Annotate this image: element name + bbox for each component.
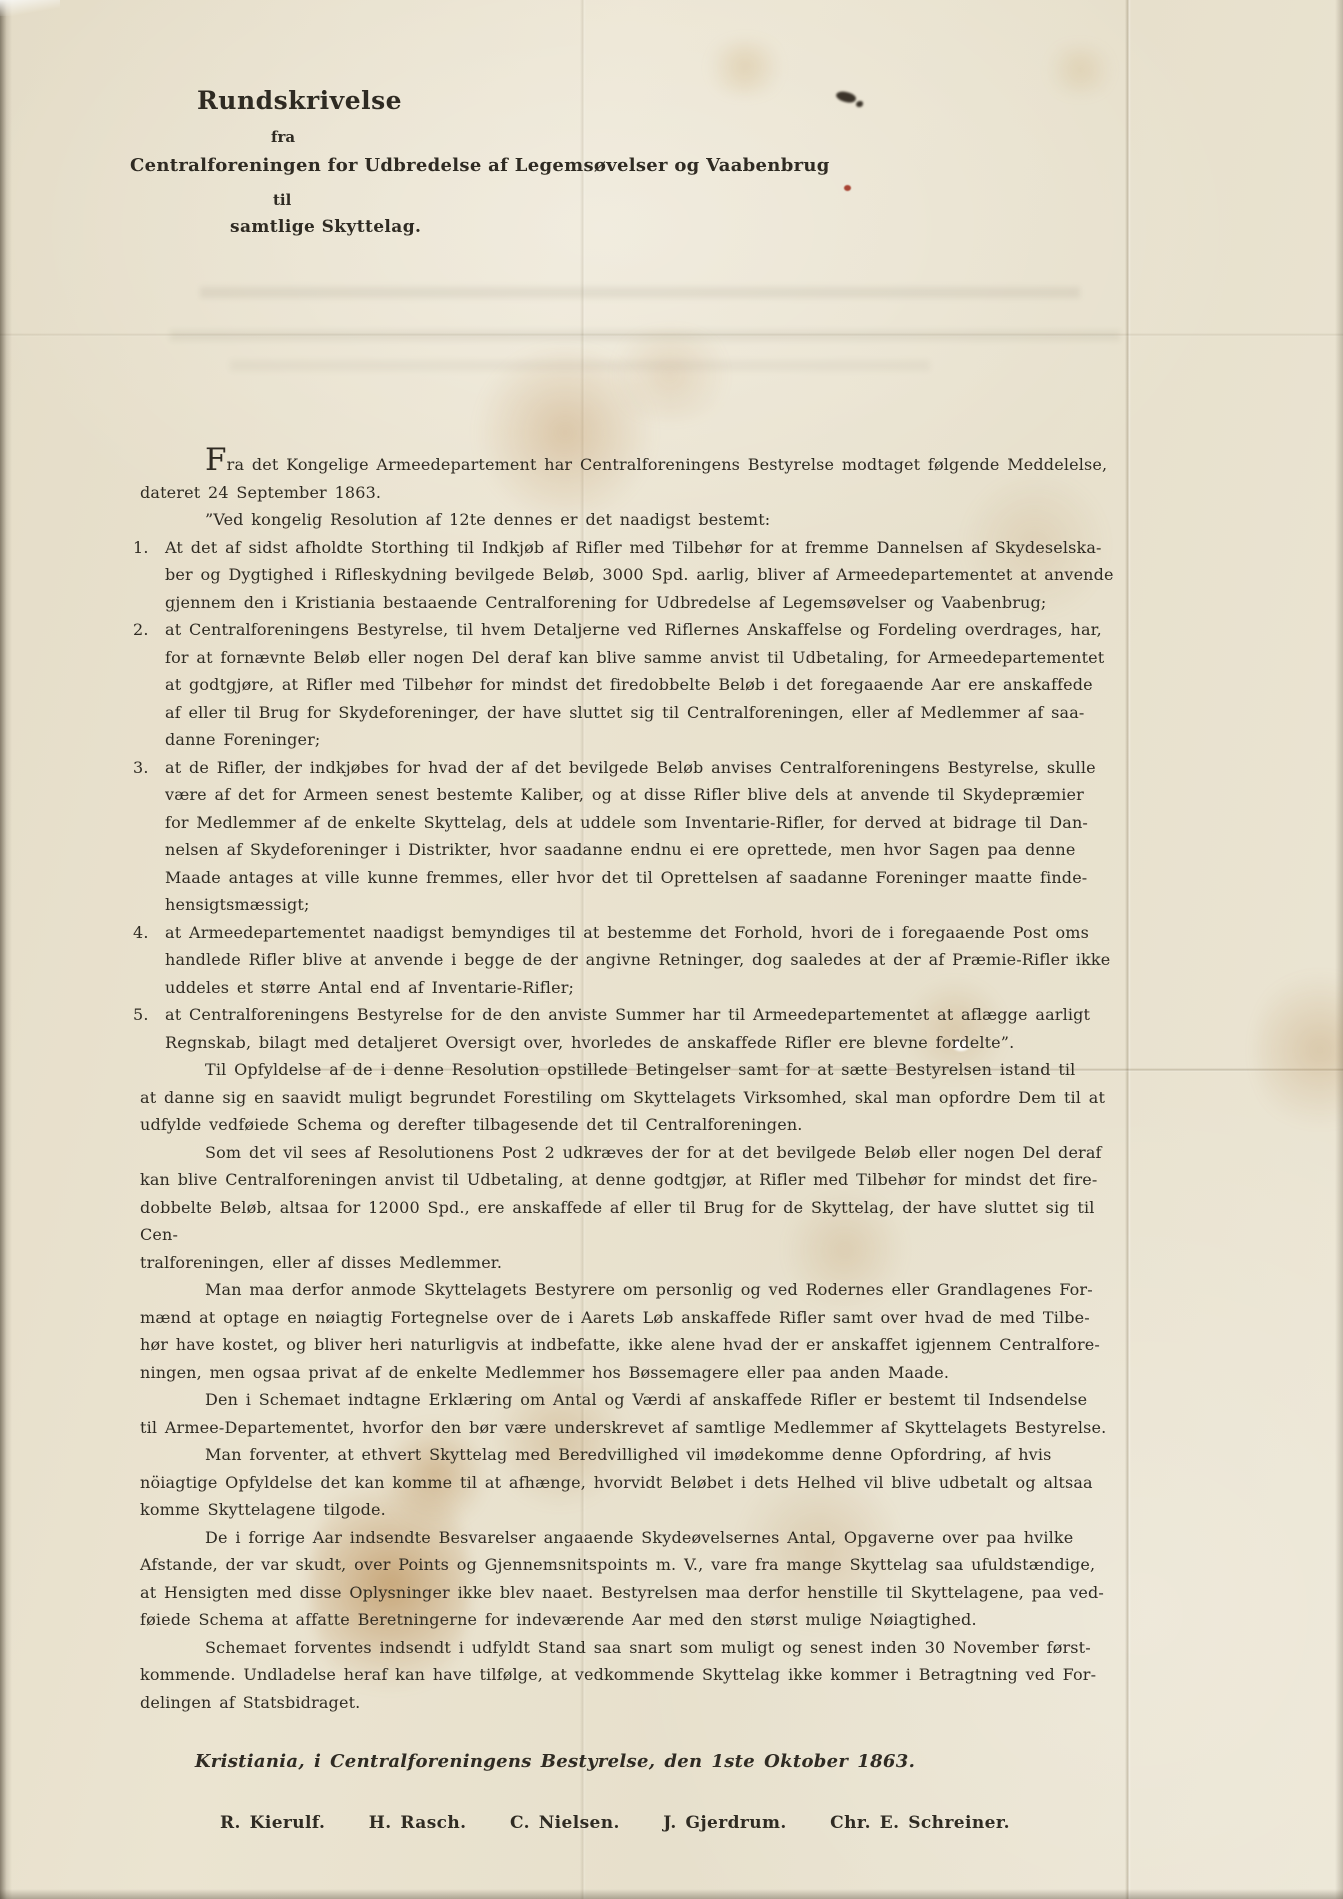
signatures-row: R. Kierulf. H. Rasch. C. Nielsen. J. Gje… bbox=[220, 1810, 1010, 1838]
item-number: 2. bbox=[133, 616, 165, 754]
paper-stain bbox=[600, 330, 740, 420]
item-text: at de Rifler, der indkjøbes for hvad der… bbox=[165, 754, 1125, 919]
document-header: Rundskrivelse fra Centralforeningen for … bbox=[0, 0, 1343, 237]
signature-4: J. Gjerdrum. bbox=[663, 1810, 786, 1838]
item-text: at Armeedepartementet naadigst bemyndige… bbox=[165, 919, 1125, 1002]
item-text: At det af sidst afholdte Storthing til I… bbox=[165, 534, 1125, 617]
signature-3: C. Nielsen. bbox=[510, 1810, 620, 1838]
body-paragraph-4: Den i Schemaet indtagne Erklæring om Ant… bbox=[140, 1386, 1125, 1441]
vertical-fold-crease bbox=[1125, 0, 1131, 1899]
recipient-line: samtlige Skyttelag. bbox=[230, 217, 1343, 237]
organization-name: Centralforeningen for Udbredelse af Lege… bbox=[130, 155, 1343, 176]
item-number: 3. bbox=[133, 754, 165, 919]
item-text: at Centralforeningens Bestyrelse for de … bbox=[165, 1001, 1125, 1056]
resolution-list: 1. At det af sidst afholdte Storthing ti… bbox=[140, 534, 1125, 1057]
scan-edge-shadow bbox=[0, 0, 12, 1899]
body-paragraph-6: De i forrige Aar indsendte Besvarelser a… bbox=[140, 1524, 1125, 1634]
scan-edge-shadow bbox=[0, 1889, 1343, 1899]
document-body: Fra det Kongelige Armeedepartement har C… bbox=[140, 451, 1125, 1837]
horizontal-fold-crease bbox=[0, 333, 1343, 337]
resolution-item-4: 4. at Armeedepartementet naadigst bemynd… bbox=[133, 919, 1125, 1002]
resolution-opening-line: ”Ved kongelig Resolution af 12te dennes … bbox=[140, 506, 1125, 534]
resolution-item-3: 3. at de Rifler, der indkjøbes for hvad … bbox=[133, 754, 1125, 919]
resolution-item-1: 1. At det af sidst afholdte Storthing ti… bbox=[133, 534, 1125, 617]
bleed-through-text bbox=[230, 360, 930, 371]
document-title: Rundskrivelse bbox=[197, 86, 1343, 115]
item-number: 4. bbox=[133, 919, 165, 1002]
drop-cap: F bbox=[205, 442, 227, 478]
scan-edge-shadow bbox=[1335, 0, 1343, 1899]
resolution-item-2: 2. at Centralforeningens Bestyrelse, til… bbox=[133, 616, 1125, 754]
document-page: Rundskrivelse fra Centralforeningen for … bbox=[0, 0, 1343, 1899]
item-number: 1. bbox=[133, 534, 165, 617]
intro-text: ra det Kongelige Armeedepartement har Ce… bbox=[140, 455, 1107, 502]
item-number: 5. bbox=[133, 1001, 165, 1056]
bleed-through-text bbox=[200, 287, 1080, 298]
intro-paragraph: Fra det Kongelige Armeedepartement har C… bbox=[140, 451, 1125, 506]
body-paragraph-1: Til Opfyldelse af de i denne Resolution … bbox=[140, 1056, 1125, 1139]
to-label: til bbox=[273, 191, 1343, 209]
bleed-through-text bbox=[170, 330, 1120, 341]
body-paragraph-5: Man forventer, at ethvert Skyttelag med … bbox=[140, 1441, 1125, 1524]
body-paragraph-7: Schemaet forventes indsendt i udfyldt St… bbox=[140, 1634, 1125, 1717]
body-paragraph-2: Som det vil sees af Resolutionens Post 2… bbox=[140, 1139, 1125, 1277]
paper-stain bbox=[1255, 960, 1343, 1140]
signature-1: R. Kierulf. bbox=[220, 1810, 325, 1838]
resolution-item-5: 5. at Centralforeningens Bestyrelse for … bbox=[133, 1001, 1125, 1056]
signature-5: Chr. E. Schreiner. bbox=[830, 1810, 1010, 1838]
signature-2: H. Rasch. bbox=[369, 1810, 467, 1838]
from-label: fra bbox=[271, 128, 1343, 146]
body-paragraph-3: Man maa derfor anmode Skyttelagets Besty… bbox=[140, 1276, 1125, 1386]
item-text: at Centralforeningens Bestyrelse, til hv… bbox=[165, 616, 1125, 754]
dateline: Kristiania, i Centralforeningens Bestyre… bbox=[140, 1748, 970, 1776]
